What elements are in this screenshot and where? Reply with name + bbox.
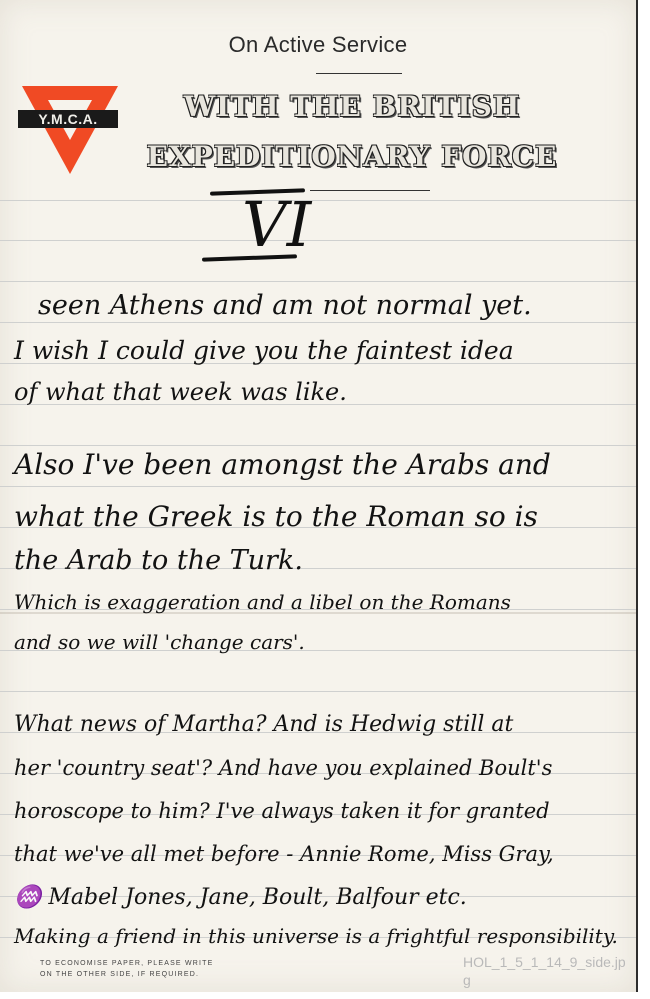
page-number-text: VI — [242, 194, 311, 256]
letter-line: her 'country seat'? And have you explain… — [14, 756, 552, 780]
ruled-line — [0, 445, 636, 446]
numeral-underline — [310, 190, 430, 191]
footer-note-line1: TO ECONOMISE PAPER, PLEASE WRITE — [40, 958, 214, 969]
service-heading: On Active Service — [0, 32, 636, 58]
ruled-line — [0, 240, 636, 241]
letter-line: Also I've been amongst the Arabs and — [14, 448, 551, 481]
ruled-line — [0, 691, 636, 692]
letter-line: ♒ Mabel Jones, Jane, Boult, Balfour etc. — [14, 885, 467, 910]
letter-line: seen Athens and am not normal yet. — [38, 290, 532, 321]
ymca-logo-text: Y.M.C.A. — [18, 110, 118, 128]
letter-line: Which is exaggeration and a libel on the… — [14, 590, 511, 614]
ymca-logo-icon: Y.M.C.A. — [18, 86, 118, 176]
letter-line: of what that week was like. — [14, 378, 347, 406]
letter-line: and so we will 'change cars'. — [14, 630, 305, 654]
letter-line: what the Greek is to the Roman so is — [14, 500, 538, 533]
heading-divider — [316, 73, 402, 74]
letter-line: I wish I could give you the faintest ide… — [14, 336, 514, 365]
economise-paper-note: TO ECONOMISE PAPER, PLEASE WRITE ON THE … — [40, 958, 214, 980]
letter-line: the Arab to the Turk. — [14, 545, 303, 576]
letter-sheet: On Active Service WITH THE BRITISH EXPED… — [0, 0, 638, 992]
ruled-line — [0, 322, 636, 323]
page-number-numeral: VI — [200, 188, 310, 268]
letter-line: Making a friend in this universe is a fr… — [14, 924, 618, 948]
letter-line: that we've all met before - Annie Rome, … — [14, 842, 554, 866]
ruled-line — [0, 486, 636, 487]
letter-line: horoscope to him? I've always taken it f… — [14, 799, 550, 823]
ruled-line — [0, 200, 636, 201]
ruled-line — [0, 281, 636, 282]
letter-line: What news of Martha? And is Hedwig still… — [14, 712, 513, 737]
filename-watermark: HOL_1_5_1_14_9_side.jpg — [463, 953, 633, 989]
footer-note-line2: ON THE OTHER SIDE, IF REQUIRED. — [40, 969, 214, 980]
